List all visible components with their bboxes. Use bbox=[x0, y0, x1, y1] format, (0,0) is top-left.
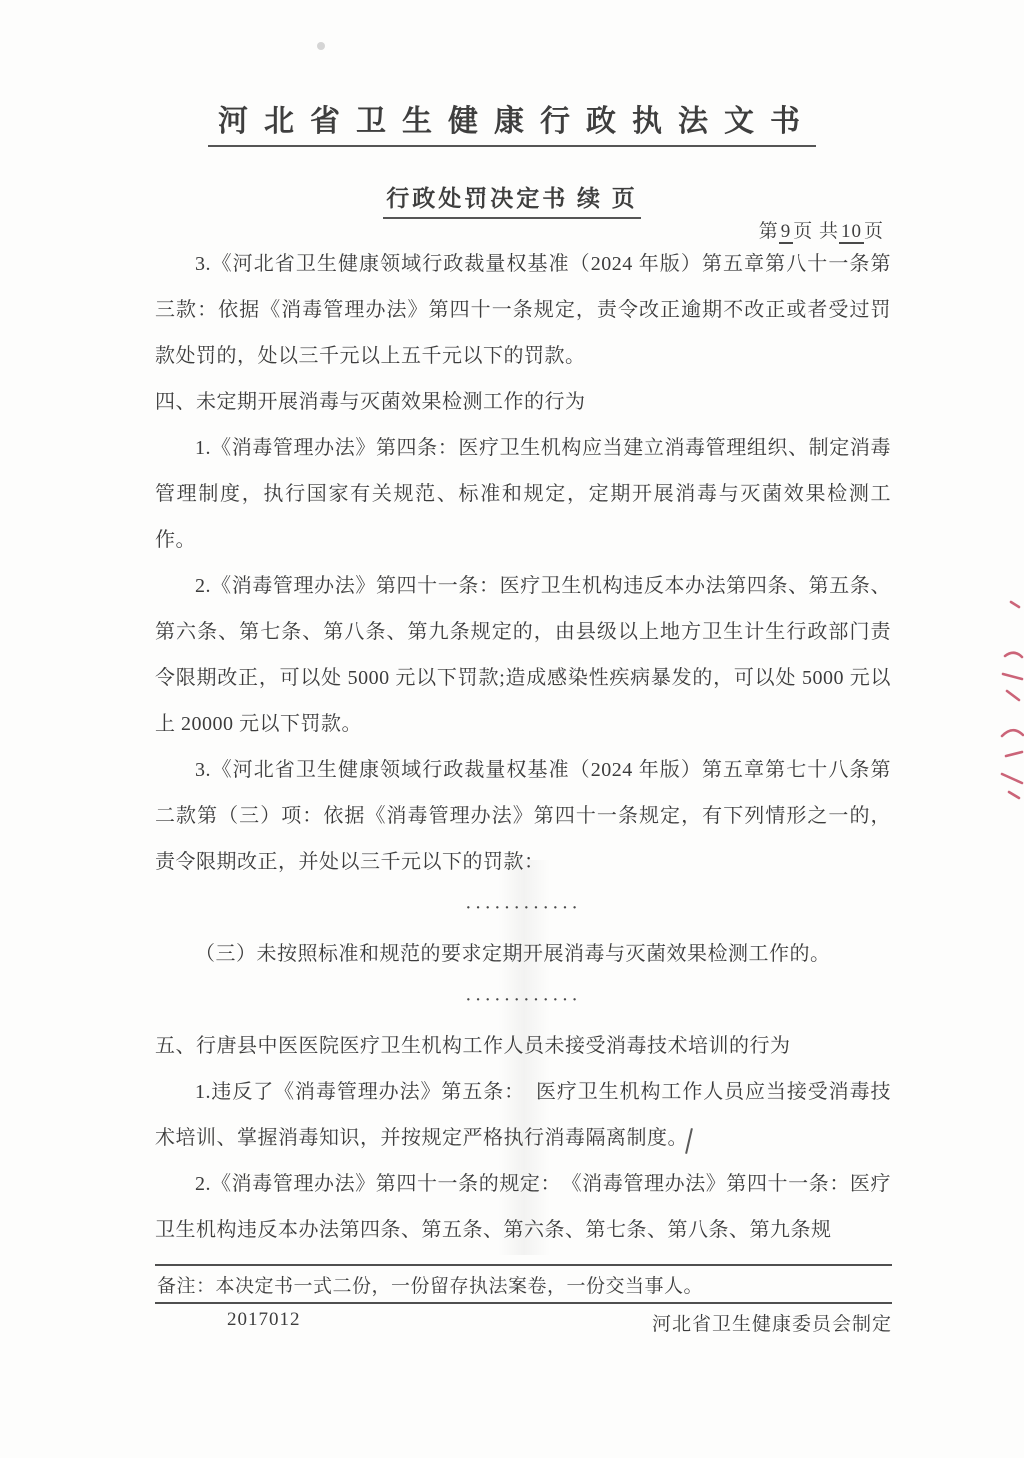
paragraph-subitem-3: （三）未按照标准和规范的要求定期开展消毒与灭菌效果检测工作的。 bbox=[155, 931, 891, 977]
paragraph-basis-item-3: 3.《河北省卫生健康领域行政裁量权基准（2024 年版）第五章第八十一条第三款：… bbox=[155, 241, 891, 379]
form-title: 河北省卫生健康行政执法文书 bbox=[208, 96, 816, 147]
section-heading-5: 五、行唐县中医医院医疗卫生机构工作人员未接受消毒技术培训的行为 bbox=[155, 1023, 891, 1069]
doc-title-row: 行政处罚决定书 续 页 bbox=[0, 180, 1024, 219]
page-info-suffix: 页 bbox=[864, 221, 884, 242]
form-title-row: 河北省卫生健康行政执法文书 bbox=[0, 96, 1024, 147]
paragraph-violation-article-5: 1.违反了《消毒管理办法》第五条： 医疗卫生机构工作人员应当接受消毒技术培训、掌… bbox=[155, 1069, 891, 1161]
paragraph-discretion-standard: 3.《河北省卫生健康领域行政裁量权基准（2024 年版）第五章第七十八条第二款第… bbox=[155, 747, 891, 885]
paragraph-rule-article-41-repeat: 2.《消毒管理办法》第四十一条的规定： 《消毒管理办法》第四十一条：医疗卫生机构… bbox=[155, 1161, 891, 1253]
paragraph-rule-article-4: 1.《消毒管理办法》第四条：医疗卫生机构应当建立消毒管理组织、制定消毒管理制度，… bbox=[155, 425, 891, 563]
footer-note-label: 备注： bbox=[157, 1276, 216, 1297]
red-stamp-edge-artifact bbox=[996, 596, 1024, 826]
footer-note-text: 本决定书一式二份，一份留存执法案卷，一份交当事人。 bbox=[216, 1276, 704, 1297]
page-info-middle: 页 共 bbox=[793, 221, 839, 242]
page-number-indicator: 第9页 共10页 bbox=[759, 216, 884, 243]
section-heading-4: 四、未定期开展消毒与灭菌效果检测工作的行为 bbox=[155, 379, 891, 425]
document-page: 河北省卫生健康行政执法文书 行政处罚决定书 续 页 第9页 共10页 3.《河北… bbox=[0, 0, 1024, 1458]
footer-bottom-row: 2017012 河北省卫生健康委员会制定 bbox=[155, 1304, 892, 1336]
issuer-label: 河北省卫生健康委员会制定 bbox=[652, 1309, 892, 1336]
document-body: 3.《河北省卫生健康领域行政裁量权基准（2024 年版）第五章第八十一条第三款：… bbox=[155, 241, 891, 1253]
ellipsis-separator-bottom: ············ bbox=[155, 977, 891, 1023]
footer-note-row: 备注：本决定书一式二份，一份留存执法案卷，一份交当事人。 bbox=[155, 1264, 892, 1304]
ellipsis-separator-top: ············ bbox=[155, 885, 891, 931]
paragraph-rule-article-41: 2.《消毒管理办法》第四十一条：医疗卫生机构违反本办法第四条、第五条、第六条、第… bbox=[155, 563, 891, 747]
footer: 备注：本决定书一式二份，一份留存执法案卷，一份交当事人。 2017012 河北省… bbox=[155, 1264, 892, 1336]
form-number: 2017012 bbox=[227, 1309, 301, 1331]
scan-speck bbox=[317, 42, 325, 50]
page-info-prefix: 第 bbox=[759, 221, 779, 242]
doc-title: 行政处罚决定书 续 页 bbox=[383, 180, 641, 219]
